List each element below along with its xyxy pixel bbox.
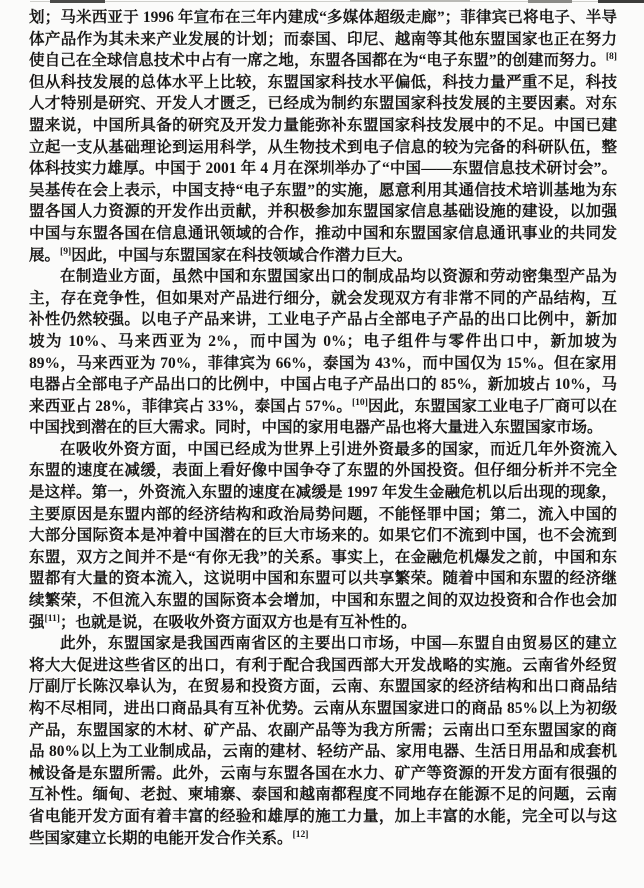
- citation-ref: [12]: [293, 828, 309, 839]
- citation-ref: [11]: [45, 612, 60, 623]
- document-body: 划；马米西亚于 1996 年宣布在三年内建成“多媒体超级走廊”；菲律宾已将电子、…: [29, 7, 617, 849]
- paragraph: 划；马米西亚于 1996 年宣布在三年内建成“多媒体超级走廊”；菲律宾已将电子、…: [29, 7, 617, 266]
- citation-ref: [10]: [352, 397, 368, 408]
- scan-artifact-segment: [528, 0, 572, 3]
- citation-ref: [8]: [606, 51, 617, 62]
- paragraph: 此外，东盟国家是我国西南省区的主要出口市场，中国—东盟自由贸易区的建立将大大促进…: [29, 633, 617, 849]
- paragraph: 在吸收外资方面，中国已经成为世界上引进外资最多的国家，而近几年外资流入东盟的速度…: [29, 439, 617, 633]
- scan-artifact-segment: [350, 0, 470, 2]
- scan-artifact-segment: [598, 0, 644, 3]
- scanned-page: 划；马米西亚于 1996 年宣布在三年内建成“多媒体超级走廊”；菲律宾已将电子、…: [0, 0, 644, 888]
- scan-artifact-segment: [50, 0, 105, 3]
- paragraph: 在制造业方面，虽然中国和东盟国家出口的制成品均以资源和劳动密集型产品为主，存在竞…: [29, 266, 617, 439]
- citation-ref: [9]: [60, 245, 71, 256]
